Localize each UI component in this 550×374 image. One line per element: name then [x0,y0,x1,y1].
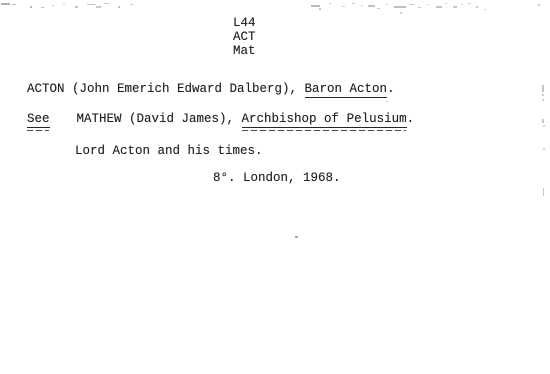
reference-text: MATHEW (David James), [77,112,242,126]
scan-artifact [542,85,544,92]
scan-artifact [543,125,545,127]
scan-artifact [352,3,355,4]
work-title: Lord Acton and his times. [75,144,263,158]
see-label: See [27,112,50,128]
scan-artifact [394,6,406,8]
scan-artifact [295,236,298,238]
scan-artifact [418,7,421,8]
scan-artifact [542,94,544,96]
scan-artifact [386,4,388,5]
scan-artifact [445,3,447,4]
scan-artifact [461,4,463,5]
heading-text: ACTON (John Emerich Edward Dalberg), [27,82,305,96]
imprint: 8°. London, 1968. [213,171,341,185]
scan-artifact [104,3,109,4]
scan-artifact [368,5,375,7]
work-title-text: Lord Acton and his times. [75,144,263,158]
scan-artifact [96,6,101,8]
scan-artifact [63,3,65,4]
scan-artifact [543,148,545,150]
heading-underlined-title: Baron Acton [305,82,388,98]
scan-artifact [377,8,380,9]
scan-artifact [436,6,442,8]
scan-artifact [453,6,457,8]
scan-artifact [400,12,402,14]
scan-artifact [538,4,540,6]
scan-artifact [476,6,478,8]
scan-artifact [87,4,95,5]
scan-artifact [1,3,10,5]
scan-artifact [409,4,414,5]
scan-artifact [41,7,44,8]
main-entry-heading: ACTON (John Emerich Edward Dalberg), Bar… [27,82,395,96]
scan-artifact [427,4,429,5]
scan-artifact [311,5,320,7]
scan-artifact [30,6,32,8]
classmark-line-1: L44 [233,16,256,30]
scan-artifact [118,6,120,8]
scan-artifact [361,5,363,6]
reference-period: . [407,112,415,126]
scan-artifact [543,188,544,196]
scan-artifact [342,6,345,7]
reference-underlined-title: Archbishop of Pelusium [242,112,407,128]
scan-artifact [468,3,471,4]
scan-artifact [12,4,16,5]
scan-artifact [329,3,331,4]
classmark-line-3: Mat [233,44,256,58]
scan-artifact [75,6,78,8]
scan-artifact [542,119,544,123]
scan-artifact [386,101,388,102]
scan-artifact [52,5,54,6]
classmark-line-2: ACT [233,30,256,44]
scan-artifact [319,8,321,10]
catalog-card: L44ACTMat ACTON (John Emerich Edward Dal… [0,0,550,374]
heading-period: . [387,82,395,96]
classmark: L44ACTMat [233,16,256,58]
imprint-text: 8°. London, 1968. [213,171,341,185]
scan-artifact [484,9,486,10]
scan-artifact [542,99,544,101]
scan-artifact [130,4,133,5]
see-reference: SeeMATHEW (David James), Archbishop of P… [27,112,414,128]
